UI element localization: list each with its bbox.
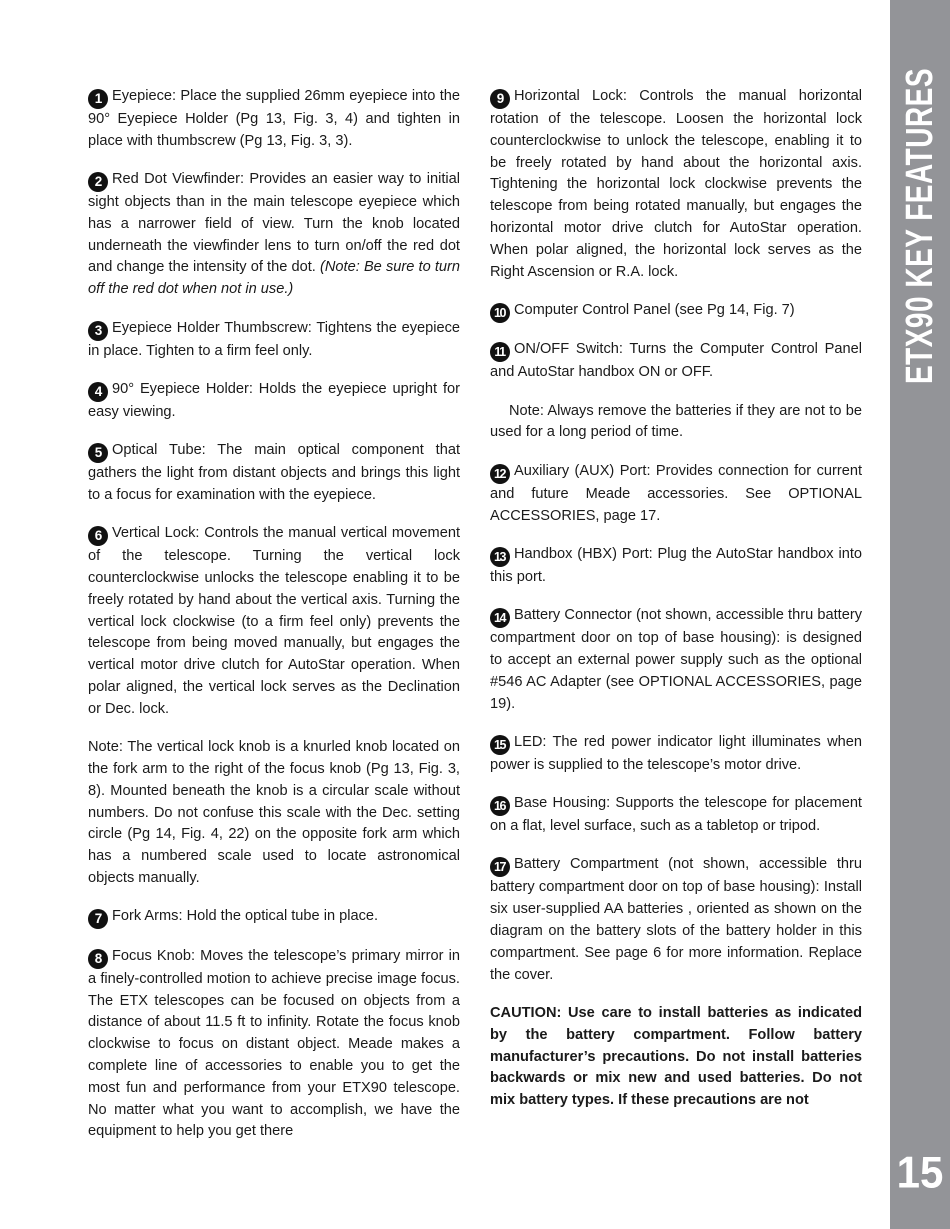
feature-item-led: 15LED: The red power indicator light ill… xyxy=(490,732,862,777)
feature-item-base-housing: 16Base Housing: Supports the telescope f… xyxy=(490,793,862,838)
number-14-badge-icon: 14 xyxy=(490,608,510,628)
page-number: 15 xyxy=(890,1147,950,1200)
feature-item-computer-control-panel: 10Computer Control Panel (see Pg 14, Fig… xyxy=(490,300,862,323)
note-text: Note: Always remove the batteries if the… xyxy=(490,403,862,441)
number-8-badge-icon: 8 xyxy=(88,949,108,969)
feature-text: Focus Knob: Moves the telescope’s primar… xyxy=(88,948,460,1140)
caution-text: CAUTION: Use care to install batteries a… xyxy=(490,1005,862,1108)
number-10-badge-icon: 10 xyxy=(490,303,510,323)
feature-item-optical-tube: 5Optical Tube: The main optical componen… xyxy=(88,440,460,507)
feature-text: 90° Eyepiece Holder: Holds the eyepiece … xyxy=(88,381,460,420)
feature-item-battery-connector: 14Battery Connector (not shown, accessib… xyxy=(490,605,862,715)
number-2-badge-icon: 2 xyxy=(88,172,108,192)
feature-text: Battery Connector (not shown, accessible… xyxy=(490,607,862,711)
right-column: 9Horizontal Lock: Controls the manual ho… xyxy=(490,86,862,1128)
feature-text: Battery Compartment (not shown, accessib… xyxy=(490,856,862,982)
note-text: Note: The vertical lock knob is a knurle… xyxy=(88,739,460,886)
feature-text: Fork Arms: Hold the optical tube in plac… xyxy=(112,908,378,924)
feature-text: Base Housing: Supports the telescope for… xyxy=(490,795,862,834)
feature-item-eyepiece-holder-thumbscrew: 3Eyepiece Holder Thumbscrew: Tightens th… xyxy=(88,318,460,363)
feature-item-vertical-lock: 6Vertical Lock: Controls the manual vert… xyxy=(88,523,460,720)
feature-item-battery-compartment: 17Battery Compartment (not shown, access… xyxy=(490,854,862,986)
feature-text: Eyepiece: Place the supplied 26mm eyepie… xyxy=(88,88,460,149)
number-5-badge-icon: 5 xyxy=(88,443,108,463)
number-15-badge-icon: 15 xyxy=(490,735,510,755)
feature-item-horizontal-lock: 9Horizontal Lock: Controls the manual ho… xyxy=(490,86,862,283)
left-column: 1Eyepiece: Place the supplied 26mm eyepi… xyxy=(88,86,460,1160)
feature-text: Computer Control Panel (see Pg 14, Fig. … xyxy=(514,302,795,318)
battery-caution: CAUTION: Use care to install batteries a… xyxy=(490,1003,862,1112)
section-title-text: ETX90 KEY FEATURES xyxy=(898,68,941,384)
feature-text: ON/OFF Switch: Turns the Computer Contro… xyxy=(490,341,862,380)
feature-item-eyepiece-holder: 490° Eyepiece Holder: Holds the eyepiece… xyxy=(88,379,460,424)
feature-text: Eyepiece Holder Thumbscrew: Tightens the… xyxy=(88,320,460,359)
feature-text: Auxiliary (AUX) Port: Provides connectio… xyxy=(490,463,862,524)
feature-text: LED: The red power indicator light illum… xyxy=(490,734,862,773)
feature-text: Handbox (HBX) Port: Plug the AutoStar ha… xyxy=(490,546,862,585)
number-9-badge-icon: 9 xyxy=(490,89,510,109)
feature-item-on-off-switch: 11ON/OFF Switch: Turns the Computer Cont… xyxy=(490,339,862,384)
battery-removal-note: Note: Always remove the batteries if the… xyxy=(490,401,862,445)
number-1-badge-icon: 1 xyxy=(88,89,108,109)
number-12-badge-icon: 12 xyxy=(490,464,510,484)
number-6-badge-icon: 6 xyxy=(88,526,108,546)
number-3-badge-icon: 3 xyxy=(88,321,108,341)
feature-item-red-dot-viewfinder: 2Red Dot Viewfinder: Provides an easier … xyxy=(88,169,460,301)
feature-text: Optical Tube: The main optical component… xyxy=(88,442,460,503)
feature-item-fork-arms: 7Fork Arms: Hold the optical tube in pla… xyxy=(88,906,460,929)
section-sidebar: ETX90 KEY FEATURES 15 xyxy=(890,0,950,1229)
number-7-badge-icon: 7 xyxy=(88,909,108,929)
number-17-badge-icon: 17 xyxy=(490,857,510,877)
feature-item-hbx-port: 13Handbox (HBX) Port: Plug the AutoStar … xyxy=(490,544,862,589)
number-13-badge-icon: 13 xyxy=(490,547,510,567)
feature-text: Vertical Lock: Controls the manual verti… xyxy=(88,525,460,717)
number-16-badge-icon: 16 xyxy=(490,796,510,816)
feature-item-focus-knob: 8Focus Knob: Moves the telescope’s prima… xyxy=(88,946,460,1143)
feature-text: Horizontal Lock: Controls the manual hor… xyxy=(490,88,862,280)
vertical-lock-note: Note: The vertical lock knob is a knurle… xyxy=(88,737,460,890)
section-title: ETX90 KEY FEATURES xyxy=(890,0,950,390)
number-4-badge-icon: 4 xyxy=(88,382,108,402)
number-11-badge-icon: 11 xyxy=(490,342,510,362)
feature-item-aux-port: 12Auxiliary (AUX) Port: Provides connect… xyxy=(490,461,862,528)
feature-item-eyepiece: 1Eyepiece: Place the supplied 26mm eyepi… xyxy=(88,86,460,153)
